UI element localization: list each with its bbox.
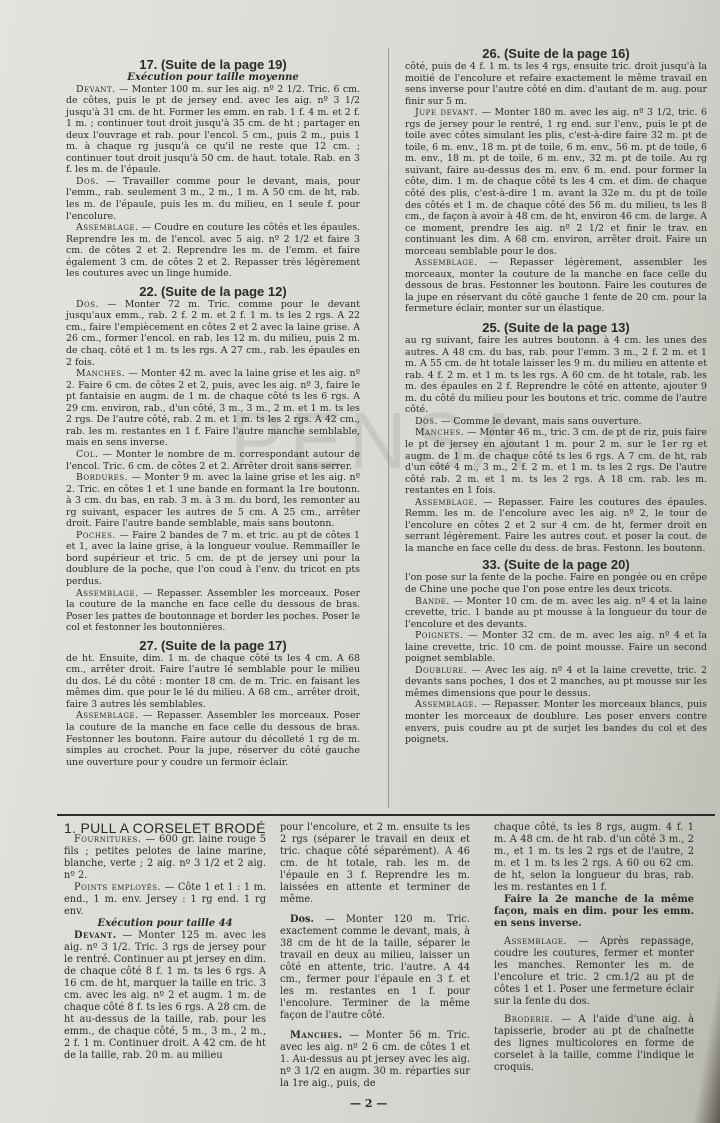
- bottom-column-1: 1. PULL A CORSELET BRODÉ Fournitures. — …: [64, 822, 266, 1062]
- section-divider-rule: [57, 814, 715, 816]
- s22-col: Col. — Monter le nombre de m. correspond…: [66, 449, 360, 472]
- label: Col.: [76, 449, 99, 460]
- section-33-title: 33. (Suite de la page 20): [405, 557, 707, 572]
- label: Broderie.: [504, 1014, 554, 1025]
- paragraph-text: — Monter 180 m. avec les aig. nº 3 1/2, …: [405, 107, 707, 257]
- label: Doublure.: [415, 665, 467, 676]
- paragraph-text: — Monter 10 cm. de m. avec les aig. nº 4…: [405, 596, 707, 630]
- s27-assemblage: Assemblage. — Repasser. Assembler les mo…: [66, 710, 360, 768]
- label: Assemblage.: [415, 497, 478, 508]
- s22-bordures: Bordures. — Monter 9 m. avec la laine gr…: [66, 472, 360, 530]
- s25-assemblage: Assemblage. — Repasser. Faire les coutur…: [405, 497, 707, 555]
- label: Assemblage.: [76, 710, 139, 721]
- paragraph-text: — Monter 42 m. avec la laine grise et le…: [66, 368, 360, 448]
- label: Dos.: [290, 914, 314, 925]
- points-employes: Points employés. — Côte 1 et 1 : 1 m. en…: [64, 882, 266, 918]
- label: Manches.: [415, 427, 464, 438]
- paragraph-text: — Monter 72 m. Tric. comme pour le devan…: [66, 299, 360, 368]
- s17-assemblage: Assemblage. — Coudre en couture les côté…: [66, 222, 360, 280]
- fournitures: Fournitures. — 600 gr. laine rouge 5 fil…: [64, 834, 266, 882]
- paragraph-text: — Travailler comme pour le devant, mais,…: [66, 176, 360, 222]
- s33-text: l'on pose sur la fente de la poche. Fair…: [405, 572, 707, 595]
- section-26-title: 26. (Suite de la page 16): [405, 46, 707, 61]
- label: Points employés.: [74, 882, 161, 893]
- s17-dos: Dos. — Travailler comme pour le devant, …: [66, 176, 360, 222]
- bottom-column-3: chaque côté, ts les 8 rgs, augm. 4 f. 1 …: [494, 822, 694, 1074]
- section-25-title: 25. (Suite de la page 13): [405, 320, 707, 335]
- devant-continued: pour l'encolure, et 2 m. ensuite ts les …: [280, 822, 470, 906]
- execution-subtitle: Exécution pour taille 44: [64, 918, 266, 930]
- right-column: 26. (Suite de la page 16) côté, puis de …: [405, 46, 707, 746]
- broderie: Broderie. — A l'aide d'une aig. à tapiss…: [494, 1014, 694, 1074]
- paragraph-text: — Monter 100 m. sur les aig. nº 2 1/2. T…: [66, 84, 360, 176]
- s22-dos: Dos. — Monter 72 m. Tric. comme pour le …: [66, 299, 360, 368]
- label: Assemblage.: [415, 699, 478, 710]
- label: Poignets.: [415, 630, 464, 641]
- s17-devant: Devant. — Monter 100 m. sur les aig. nº …: [66, 84, 360, 176]
- s33-doublure: Doublure. — Avec les aig. nº 4 et la lai…: [405, 665, 707, 700]
- bottom-column-2: pour l'encolure, et 2 m. ensuite ts les …: [280, 822, 470, 1090]
- s22-assemblage: Assemblage. — Repasser. Assembler les mo…: [66, 588, 360, 634]
- label: Dos.: [76, 299, 99, 310]
- label: Devant.: [76, 84, 116, 95]
- label: Devant.: [74, 930, 117, 941]
- paragraph-text: — Monter 125 m. avec les aig. nº 3 1/2. …: [64, 930, 266, 1061]
- manches: Manches. — Monter 56 m. Tric. avec les a…: [280, 1030, 470, 1090]
- s26-jupe: Jupe devant. — Monter 180 m. avec les ai…: [405, 107, 707, 257]
- s33-assemblage: Assemblage. — Repasser. Monter les morce…: [405, 699, 707, 745]
- section-17-subtitle: Exécution pour taille moyenne: [66, 72, 360, 84]
- page-number: — 2 —: [350, 1097, 387, 1110]
- magazine-page: PENSA 17. (Suite de la page 19) Exécutio…: [0, 0, 720, 1123]
- label: Assemblage.: [504, 936, 567, 947]
- paragraph-text: — Comme le devant, mais sans ouverture.: [438, 416, 642, 427]
- pattern-title: 1. PULL A CORSELET BRODÉ: [64, 822, 266, 834]
- s27-text: de ht. Ensuite, dim. 1 m. de chaque côté…: [66, 653, 360, 711]
- manches-continued: chaque côté, ts les 8 rgs, augm. 4 f. 1 …: [494, 822, 694, 894]
- label: Bande.: [415, 596, 450, 607]
- label: Dos.: [76, 176, 99, 187]
- label: Assemblage.: [76, 222, 139, 233]
- s33-poignets: Poignets. — Monter 32 cm. de m. avec les…: [405, 630, 707, 665]
- s26-text: côté, puis de 4 f. 1 m. ts les 4 rgs, en…: [405, 61, 707, 107]
- label: Poches.: [76, 530, 116, 541]
- label: Manches.: [76, 368, 125, 379]
- s25-text: au rg suivant, faire les autres boutonn.…: [405, 335, 707, 416]
- paragraph-text: — Monter le nombre de m. correspondant a…: [66, 449, 360, 472]
- label: Jupe devant.: [415, 107, 478, 118]
- dos: Dos. — Monter 120 m. Tric. exactement co…: [280, 914, 470, 1022]
- left-column: 17. (Suite de la page 19) Exécution pour…: [66, 57, 360, 768]
- section-27-title: 27. (Suite de la page 17): [66, 638, 360, 653]
- s26-assemblage: Assemblage. — Repasser légèrement, assem…: [405, 257, 707, 315]
- section-17-title: 17. (Suite de la page 19): [66, 57, 360, 72]
- label: Fournitures.: [74, 834, 141, 845]
- devant: Devant. — Monter 125 m. avec les aig. nº…: [64, 930, 266, 1062]
- s33-bande: Bande. — Monter 10 cm. de m. avec les ai…: [405, 596, 707, 631]
- section-22-title: 22. (Suite de la page 12): [66, 284, 360, 299]
- s22-manches: Manches. — Monter 42 m. avec la laine gr…: [66, 368, 360, 449]
- paragraph-text: — Monter 120 m. Tric. exactement comme l…: [280, 914, 470, 1021]
- label: Manches.: [290, 1030, 343, 1041]
- s25-dos: Dos. — Comme le devant, mais sans ouvert…: [405, 416, 707, 428]
- label: Assemblage.: [415, 257, 478, 268]
- label: Bordures.: [76, 472, 128, 483]
- s22-poches: Poches. — Faire 2 bandes de 7 m. et tric…: [66, 530, 360, 588]
- column-divider: [388, 48, 389, 808]
- label: Dos.: [415, 416, 438, 427]
- assemblage: Assemblage. — Après repassage, coudre le…: [494, 936, 694, 1008]
- label: Assemblage.: [76, 588, 139, 599]
- second-sleeve: Faire la 2e manche de la même façon, mai…: [494, 894, 694, 930]
- s25-manches: Manches. — Monter 46 m., tric. 3 cm. de …: [405, 427, 707, 496]
